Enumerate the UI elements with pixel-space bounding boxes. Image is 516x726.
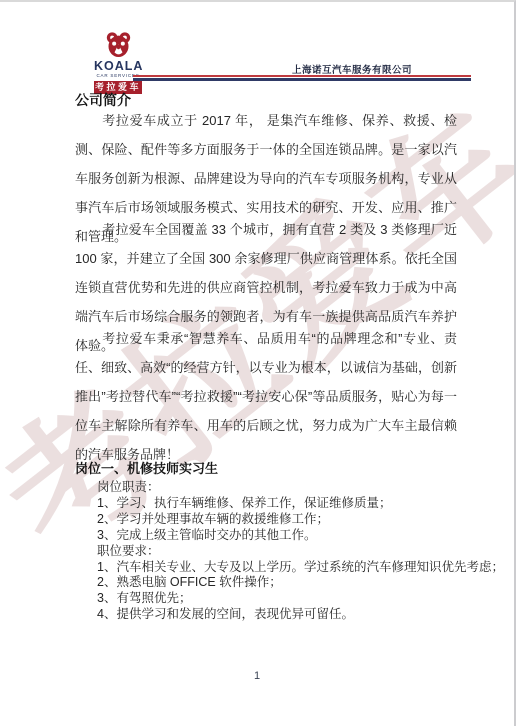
koala-icon [105,31,132,59]
requirement-item: 2、熟悉电脑 OFFICE 软件操作； [97,575,465,591]
duty-item: 1、学习、执行车辆维修、保养工作，保证维修质量； [97,496,465,512]
logo-brand-text: KOALA [94,60,142,73]
page-number: 1 [0,670,514,682]
header-rule-navy-line [133,78,471,81]
requirement-item: 3、有驾照优先； [97,591,465,607]
header-rule-red-line [133,75,471,77]
page-content: KOALA CAR SERVICES 考拉爱车 上海诺互汽车服务有限公司 公司简… [0,2,514,726]
job-detail-list: 岗位职责： 1、学习、执行车辆维修、保养工作，保证维修质量； 2、学习并处理事故… [97,480,465,623]
document-page: 考拉爱车 KOALA CAR SERVICES 考拉爱车 上海诺互汽车服务有限公… [0,0,516,726]
koala-logo: KOALA CAR SERVICES 考拉爱车 [94,31,142,94]
requirement-item: 4、提供学习和发展的空间，表现优异可留任。 [97,607,465,623]
requirements-label: 职位要求： [97,544,465,560]
header-rule [133,75,471,81]
duties-label: 岗位职责： [97,480,465,496]
company-name: 上海诺互汽车服务有限公司 [200,62,412,76]
job-section-heading: 岗位一、机修技师实习生 [75,458,218,477]
requirement-item: 1、汽车相关专业、大专及以上学历。学过系统的汽车修理知识优先考虑； [97,560,465,576]
duty-item: 3、完成上级主管临时交办的其他工作。 [97,528,465,544]
company-intro-paragraph-3: 考拉爱车秉承“智慧养车、品质用车“的品牌理念和”专业、责任、细致、高效“的经营方… [75,324,457,469]
duty-item: 2、学习并处理事故车辆的救援维修工作； [97,512,465,528]
